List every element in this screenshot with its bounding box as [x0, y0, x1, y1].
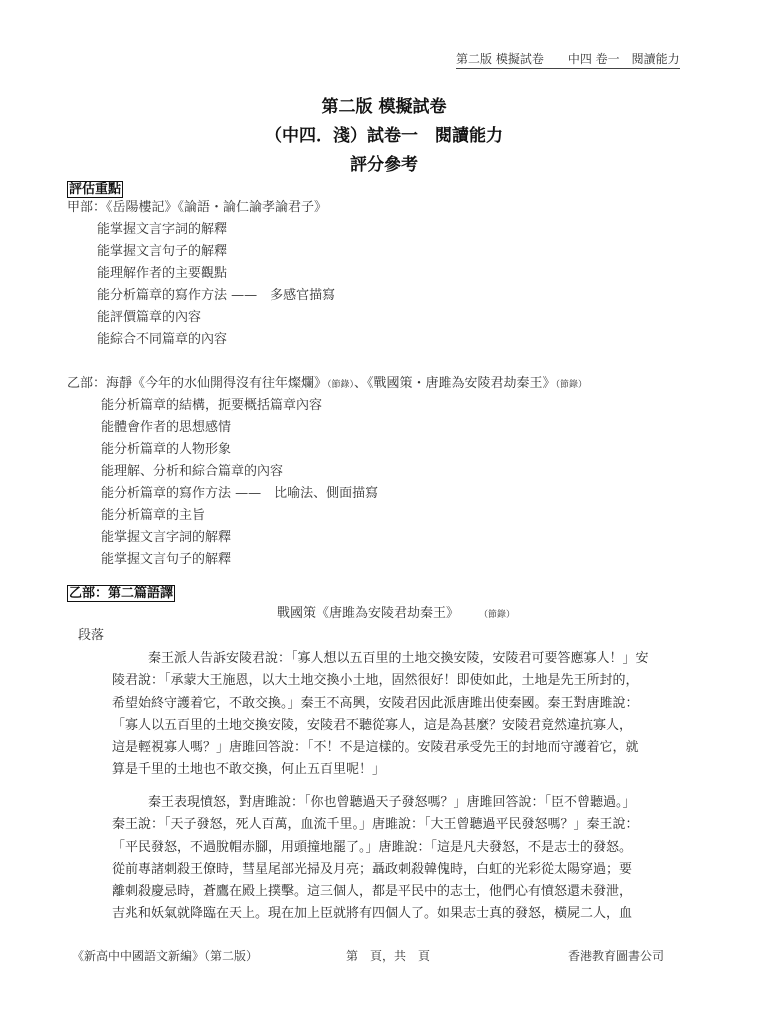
- part-a-label: 甲部：《岳陽樓記》《論語・論仁論孝論君子》: [67, 197, 327, 219]
- source-title: 戰國策《唐雎為安陵君劫秦王》（節錄）: [277, 603, 515, 626]
- part-a-item: 能評價篇章的內容: [97, 307, 335, 329]
- part-b-label: 乙部：海靜《今年的水仙開得沒有往年燦爛》（節錄）、《戰國策・唐雎為安陵君劫秦王》…: [67, 373, 587, 396]
- part-a-item: 能理解作者的主要觀點: [97, 263, 335, 285]
- part-a-item: 能掌握文言字詞的解釋: [97, 219, 335, 241]
- part-a-item: 能分析篇章的寫作方法 —— 多感官描寫: [97, 285, 335, 307]
- footer-publisher: 香港教育圖書公司: [568, 947, 664, 964]
- part-a-list: 能掌握文言字詞的解釋 能掌握文言句子的解釋 能理解作者的主要觀點 能分析篇章的寫…: [97, 219, 335, 351]
- part-b-item: 能掌握文言句子的解釋: [101, 549, 378, 571]
- part-b-item: 能分析篇章的寫作方法 —— 比喻法、側面描寫: [101, 483, 378, 505]
- paragraph-line: 秦王派人告訴安陵君說：「寡人想以五百里的土地交換安陵，安陵君可要答應寡人！」安: [112, 648, 698, 670]
- part-b-item: 能分析篇章的主旨: [101, 505, 378, 527]
- part-b-item: 能理解、分析和綜合篇章的內容: [101, 461, 378, 483]
- footer-book-title: 《新高中中國語文新編》（第二版）: [72, 947, 258, 964]
- paragraph-line: 秦王說：「天子發怒，死人百萬，血流千里。」唐雎說：「大王曾聽過平民發怒嗎？」秦王…: [112, 814, 698, 836]
- part-b-item: 能分析篇章的結構，扼要概括篇章內容: [101, 395, 378, 417]
- part-b-item: 能掌握文言字詞的解釋: [101, 527, 378, 549]
- translation-heading-label: 乙部：第二篇語譯: [67, 585, 175, 602]
- translation-paragraph-1: 秦王派人告訴安陵君說：「寡人想以五百里的土地交換安陵，安陵君可要答應寡人！」安 …: [112, 648, 698, 782]
- page-subtitle-2: 評分參考: [0, 150, 768, 175]
- translation-paragraph-2: 秦王表現憤怒，對唐雎說：「你也曾聽過天子發怒嗎？」唐雎回答說：「臣不曾聽過。」 …: [112, 792, 698, 926]
- page-title: 第二版 模擬試卷: [0, 92, 768, 117]
- paragraph-line: 從前專諸刺殺王僚時，彗星尾部光掃及月亮；聶政刺殺韓傀時，白虹的光彩從太陽穿過；要: [112, 859, 698, 881]
- paragraph-line: 希望始終守護着它，不敢交換。」秦王不高興，安陵君因此派唐雎出使秦國。秦王對唐雎說…: [112, 693, 698, 715]
- paragraph-line: 離刺殺慶忌時，蒼鷹在殿上撲擊。這三個人，都是平民中的志士，他們心有憤怒還未發泄，: [112, 881, 698, 903]
- part-b-list: 能分析篇章的結構，扼要概括篇章內容 能體會作者的思想感情 能分析篇章的人物形象 …: [101, 395, 378, 571]
- paragraph-line: 「寡人以五百里的土地交換安陵，安陵君不聽從寡人，這是為甚麼？安陵君竟然違抗寡人，: [112, 715, 698, 737]
- paragraph-line: 「平民發怒，不過脫帽赤腳，用頭撞地罷了。」唐雎說：「這是凡夫發怒，不是志士的發怒…: [112, 837, 698, 859]
- paragraph-label: 段落: [78, 625, 104, 647]
- part-b-item: 能分析篇章的人物形象: [101, 439, 378, 461]
- footer-page-number: 第 頁，共 頁: [346, 947, 430, 964]
- part-a-item: 能綜合不同篇章的內容: [97, 329, 335, 351]
- translation-heading: 乙部：第二篇語譯: [67, 582, 175, 602]
- running-header: 第二版 模擬試卷 中四 卷一 閱讀能力: [456, 50, 680, 69]
- paragraph-line: 秦王表現憤怒，對唐雎說：「你也曾聽過天子發怒嗎？」唐雎回答說：「臣不曾聽過。」: [112, 792, 698, 814]
- page-subtitle: （中四．淺）試卷一 閱讀能力: [0, 121, 768, 146]
- assessment-heading: 評估重點: [67, 178, 123, 198]
- part-b-label-main: 乙部：海靜《今年的水仙開得沒有往年燦爛》: [67, 376, 327, 391]
- paragraph-line: 這是輕視寡人嗎？」唐雎回答說：「不！不是這樣的。安陵君承受先王的封地而守護着它，…: [112, 737, 698, 759]
- part-a-item: 能掌握文言句子的解釋: [97, 241, 335, 263]
- source-title-text: 戰國策《唐雎為安陵君劫秦王》: [277, 606, 459, 621]
- part-b-item: 能體會作者的思想感情: [101, 417, 378, 439]
- assessment-heading-label: 評估重點: [67, 181, 123, 198]
- paragraph-line: 陵君說：「承蒙大王施恩，以大土地交換小土地，固然很好！即使如此，土地是先王所封的…: [112, 670, 698, 692]
- part-b-label-mid: 、《戰國策・唐雎為安陵君劫秦王》: [354, 376, 556, 391]
- paragraph-line: 算是千里的土地也不敢交換，何止五百里呢！」: [112, 759, 698, 781]
- source-note: （節錄）: [479, 610, 515, 620]
- part-b-note: （節錄）: [556, 380, 588, 390]
- paragraph-line: 吉兆和妖氣就降臨在天上。現在加上臣就將有四個人了。如果志士真的發怒，橫屍二人，血: [112, 903, 698, 925]
- part-b-note: （節錄）: [327, 380, 354, 390]
